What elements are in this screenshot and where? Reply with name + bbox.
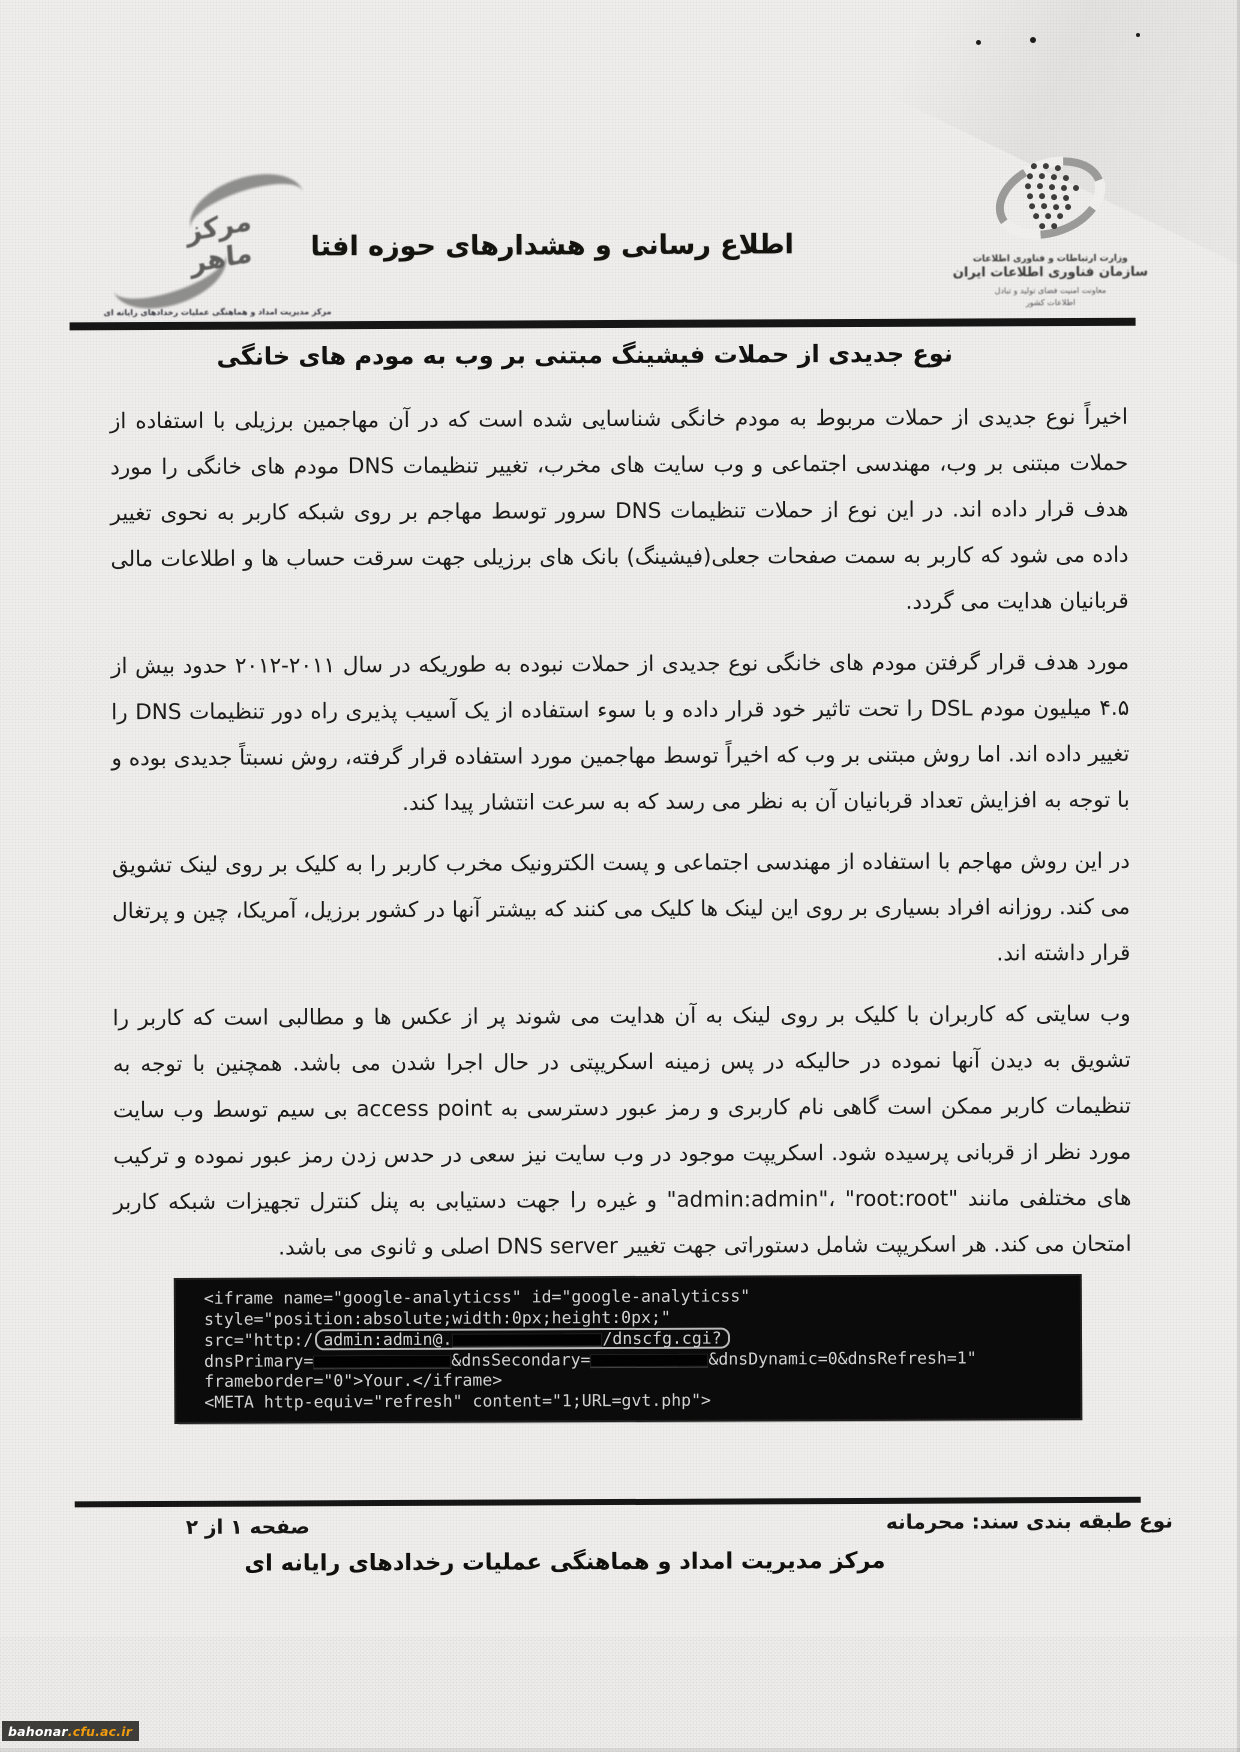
paragraph-4: وب سایتی که کاربران با کلیک بر روی لینک … <box>113 992 1132 1272</box>
footer-divider <box>75 1497 1141 1508</box>
paragraph-2: مورد هدف قرار گرفتن مودم های خانگی نوع ج… <box>111 640 1130 828</box>
code-line: dnsPrimary=&dnsSecondary=&dnsDynamic=0&d… <box>204 1348 1070 1372</box>
paragraph-1: اخیراً نوع جدیدی از حملات مربوط به مودم … <box>110 395 1129 629</box>
footer-organization-name: مرکز مدیریت امداد و هماهنگی عملیات رخداد… <box>0 1547 1185 1578</box>
ministry-name-line: وزارت ارتباطات و فناوری اطلاعات <box>930 254 1170 265</box>
code-cgi-path: /dnscfg.cgi? <box>602 1329 721 1349</box>
watermark-prefix: bahonar <box>8 1724 68 1739</box>
page-number: صفحه ۱ از ۲ <box>186 1514 310 1539</box>
redacted-host <box>452 1333 602 1347</box>
code-dns-secondary-label: &dnsSecondary= <box>451 1350 590 1370</box>
redacted-dns-primary <box>313 1354 451 1368</box>
dotted-globe-icon <box>970 144 1130 253</box>
code-line: <META http-equiv="refresh" content="1;UR… <box>204 1389 1070 1413</box>
credentials-annotation-box: admin:admin@./dnscfg.cgi? <box>315 1328 729 1351</box>
maher-logo-caption: مرکز مدیریت امداد و هماهنگی عملیات رخداد… <box>93 307 343 317</box>
document-page: مرکز ماهر مرکز مدیریت امداد و هماهنگی عم… <box>0 0 1240 1752</box>
organization-name-line: سازمان فناوری اطلاعات ایران <box>930 265 1170 281</box>
document-title: نوع جدیدی از حملات فیشینگ مبتنی بر وب به… <box>0 338 1205 371</box>
code-dns-primary-label: dnsPrimary= <box>204 1351 313 1370</box>
ict-ministry-logo: وزارت ارتباطات و فناوری اطلاعات سازمان ف… <box>930 144 1171 325</box>
deputy-name-line2: اطلاعات کشور <box>930 298 1170 308</box>
redacted-dns-secondary <box>590 1353 708 1367</box>
code-src-prefix: src="http:/ <box>204 1330 313 1349</box>
deputy-name-line: معاونت امنیت فضای تولید و تبادل <box>930 286 1170 296</box>
paragraph-3: در این روش مهاجم با استفاده از مهندسی اج… <box>112 839 1131 981</box>
code-credentials: admin:admin@. <box>323 1330 452 1350</box>
watermark-suffix: .cfu.ac.ir <box>68 1724 132 1739</box>
classification-label: نوع طبقه بندی سند: محرمانه <box>886 1509 1173 1534</box>
document-body: اخیراً نوع جدیدی از حملات مربوط به مودم … <box>110 395 1132 1287</box>
scanned-advisory-page: { "header": { "banner_title": "اطلاع رسا… <box>0 0 1240 1752</box>
code-dns-flags: &dnsDynamic=0&dnsRefresh=1" <box>708 1348 976 1368</box>
site-watermark: bahonar.cfu.ac.ir <box>2 1721 139 1741</box>
exploit-code-block: <iframe name="google-analyticss" id="goo… <box>176 1276 1081 1422</box>
